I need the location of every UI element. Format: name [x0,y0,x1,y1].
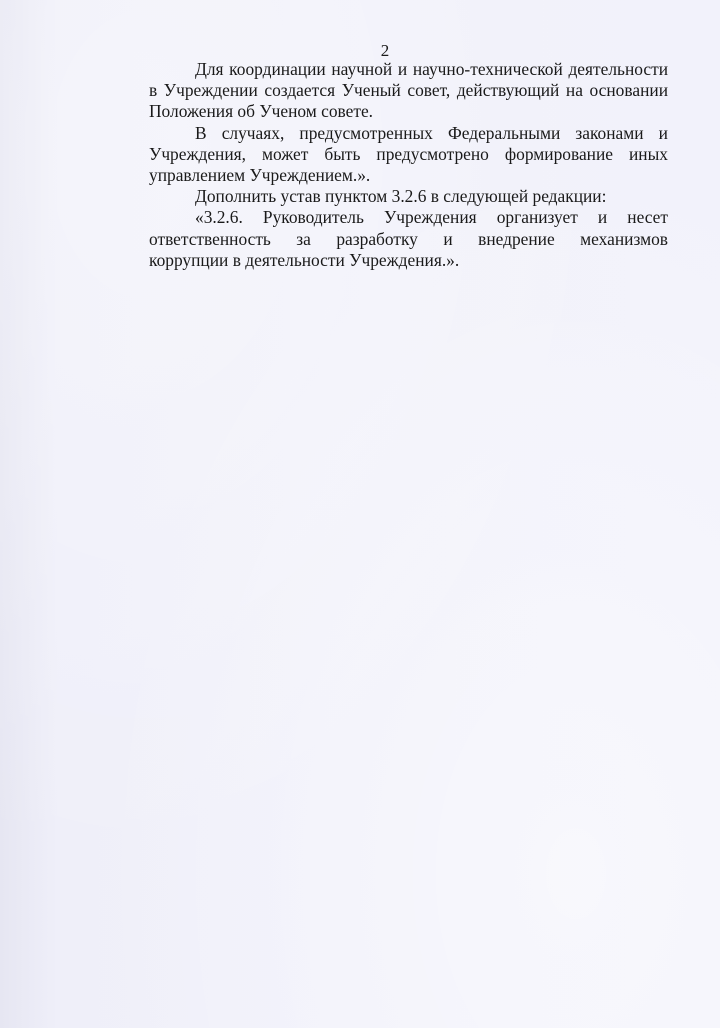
document-page: 2 Для координации научной и научно-техни… [0,0,720,1028]
text-line: управлением Учреждением.». [103,165,668,186]
text-line: ответственность за разработку и внедрени… [103,229,668,250]
text-line: Положения об Ученом совете. [103,101,668,122]
text-line: Дополнить устав пунктом 3.2.6 в следующе… [103,186,668,207]
text-line: В случаях, предусмотренных Федеральными … [103,123,668,144]
page-number: 2 [0,41,720,61]
text-line: «3.2.6. Руководитель Учреждения организу… [103,207,668,228]
text-line: Для координации научной и научно-техниче… [103,59,668,80]
text-line: коррупции в деятельности Учреждения.». [103,250,668,271]
text-line: в Учреждении создается Ученый совет, дей… [103,80,668,101]
paragraph-scientific-council: Для координации научной и научно-техниче… [103,59,668,123]
paragraph-other-bodies: В случаях, предусмотренных Федеральными … [103,123,668,187]
text-line: Учреждения, может быть предусмотрено фор… [103,144,668,165]
paragraph-clause-3-2-6: «3.2.6. Руководитель Учреждения организу… [103,207,668,271]
paragraph-amendment-intro: Дополнить устав пунктом 3.2.6 в следующе… [103,186,668,207]
document-body: Для координации научной и научно-техниче… [103,59,668,271]
